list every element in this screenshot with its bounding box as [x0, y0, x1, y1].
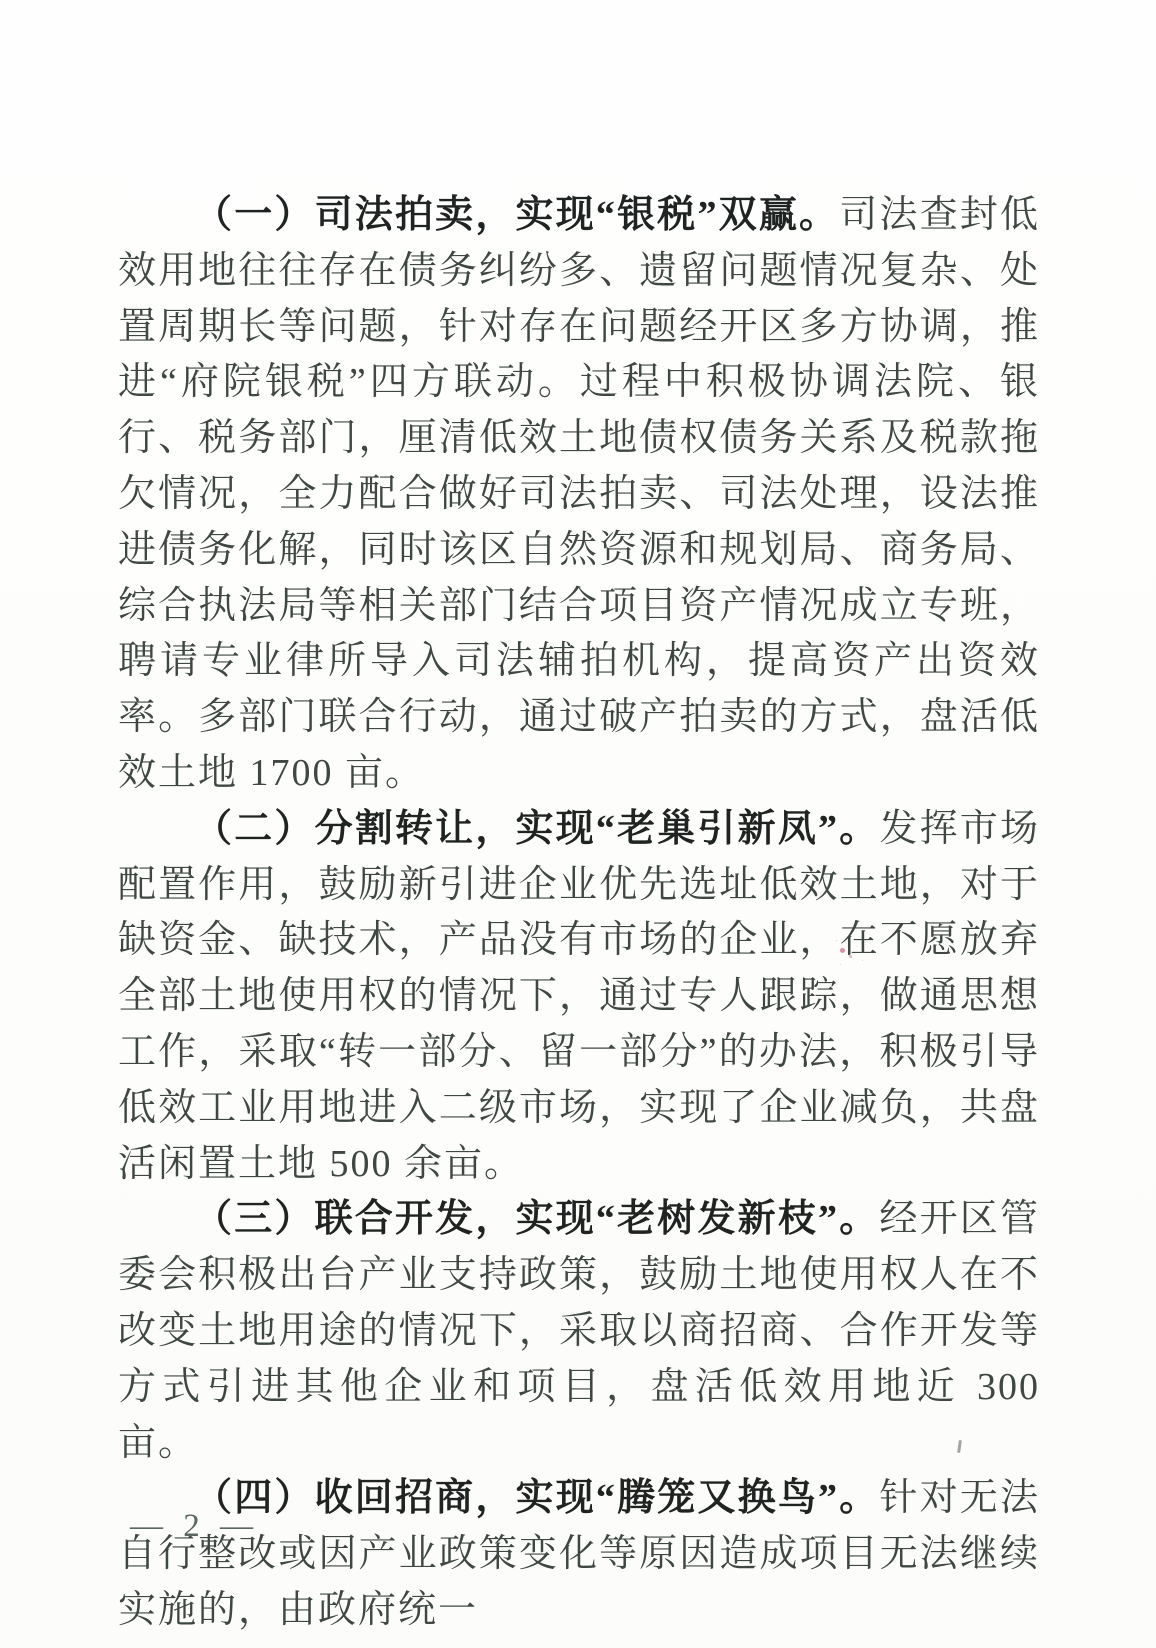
paragraph-1-heading: （一）司法拍卖，实现“银税”双赢。	[194, 194, 839, 236]
red-ink-speck	[840, 948, 845, 953]
page-number: — 2 —	[130, 1508, 259, 1545]
paragraph-4-heading: （四）收回招商，实现“腾笼又换鸟”。	[194, 1477, 879, 1519]
paragraph-3-heading: （三）联合开发，实现“老树发新枝”。	[194, 1198, 879, 1240]
document-page: （一）司法拍卖，实现“银税”双赢。司法查封低效用地往往存在债务纠纷多、遗留问题情…	[0, 0, 1156, 1648]
paragraph-2-heading: （二）分割转让，实现“老巢引新凤”。	[194, 808, 879, 850]
paragraph-1-text: 司法查封低效用地往往存在债务纠纷多、遗留问题情况复杂、处置周期长等问题，针对存在…	[118, 194, 1040, 794]
paragraph-3: （三）联合开发，实现“老树发新枝”。经开区管委会积极出台产业支持政策，鼓励土地使…	[118, 1192, 1040, 1471]
paragraph-1: （一）司法拍卖，实现“银税”双赢。司法查封低效用地往往存在债务纠纷多、遗留问题情…	[118, 188, 1040, 802]
paragraph-2-text: 发挥市场配置作用，鼓励新引进企业优先选址低效土地，对于缺资金、缺技术，产品没有市…	[118, 808, 1040, 1185]
paragraph-2: （二）分割转让，实现“老巢引新凤”。发挥市场配置作用，鼓励新引进企业优先选址低效…	[118, 802, 1040, 1193]
document-body: （一）司法拍卖，实现“银税”双赢。司法查封低效用地往往存在债务纠纷多、遗留问题情…	[118, 188, 1040, 1639]
paragraph-4: （四）收回招商，实现“腾笼又换鸟”。针对无法自行整改或因产业政策变化等原因造成项…	[118, 1471, 1040, 1638]
